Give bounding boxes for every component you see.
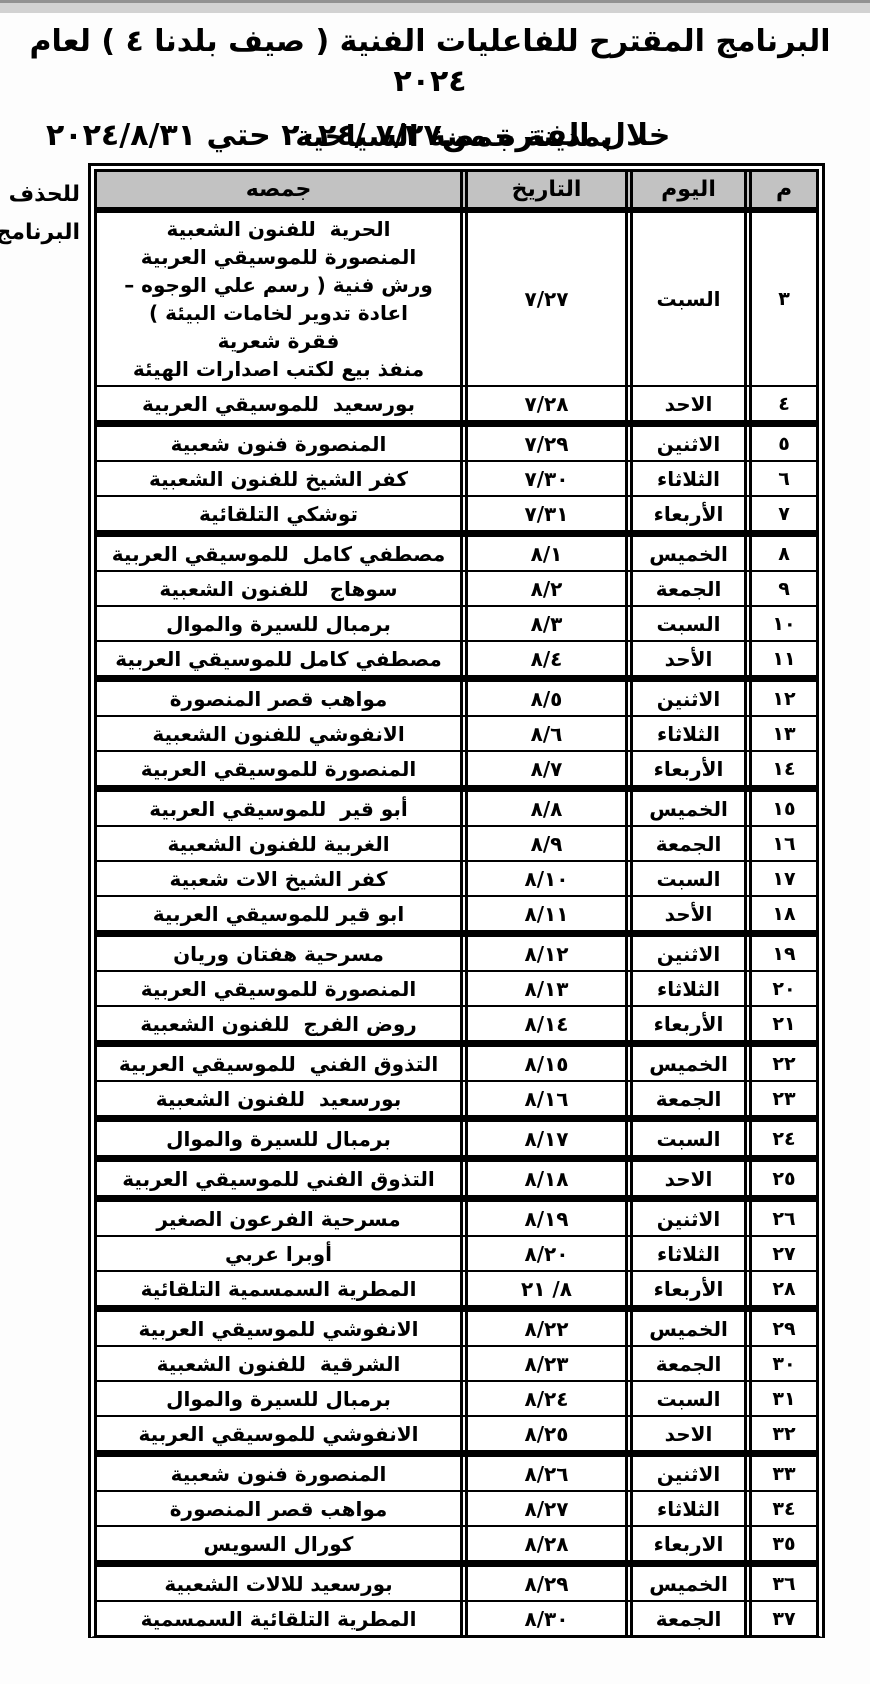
table-row: ٣٠الجمعة٨/٢٣الشرقية للفنون الشعبية [97, 1345, 816, 1380]
date-cell: ٨/٢٧ [460, 1492, 625, 1525]
date-cell: ٨/١١ [460, 897, 625, 930]
venue-cell: الانفوشي للموسيقي العربية [97, 1417, 460, 1450]
day-cell: الجمعة [625, 1602, 744, 1635]
row-number-cell: ٢٠ [744, 972, 816, 1005]
table-block: ٣السبت٧/٢٧الحرية للفنون الشعبية المنصورة… [97, 213, 816, 420]
day-cell: الاثنين [625, 1202, 744, 1235]
page-top-edge [0, 0, 870, 13]
document-page: { "colors": { "header_bg": "#c2c2c2", "b… [0, 0, 870, 1684]
date-cell: ٨/٥ [460, 682, 625, 715]
row-number-cell: ٢٣ [744, 1082, 816, 1115]
table-block: ٥الاثنين٧/٢٩المنصورة فنون شعبية٦الثلاثاء… [97, 420, 816, 530]
venue-cell: كفر الشيخ الات شعبية [97, 862, 460, 895]
venue-cell: مصطفي كامل للموسيقي العربية [97, 537, 460, 570]
venue-cell: ابو قير للموسيقي العربية [97, 897, 460, 930]
margin-note-line-1: للحذف وا [0, 176, 80, 214]
row-number-cell: ٢٥ [744, 1162, 816, 1195]
venue-cell: مصطفي كامل للموسيقي العربية [97, 642, 460, 675]
date-cell: ٨/١٦ [460, 1082, 625, 1115]
date-cell: ٨/١ [460, 537, 625, 570]
date-cell: ٨/١٩ [460, 1202, 625, 1235]
day-cell: الأربعاء [625, 497, 744, 530]
row-number-cell: ١٥ [744, 792, 816, 825]
day-cell: الاثنين [625, 682, 744, 715]
row-number-cell: ١١ [744, 642, 816, 675]
venue-cell: مسرحية الفرعون الصغير [97, 1202, 460, 1235]
date-cell: ٨/٧ [460, 752, 625, 785]
title-line-3: خلال الفترة من٧/٢٧ /٢٠٢٤ حتي ٢٠٢٤/٨/٣١ [46, 118, 670, 153]
row-number-cell: ٣٧ [744, 1602, 816, 1635]
header-cell-num: م [744, 172, 816, 207]
day-cell: الاثنين [625, 937, 744, 970]
row-number-cell: ٦ [744, 462, 816, 495]
table-row: ١٩الاثنين٨/١٢مسرحية هفتان وريان [97, 937, 816, 970]
row-number-cell: ٩ [744, 572, 816, 605]
row-number-cell: ٢٧ [744, 1237, 816, 1270]
table-block: ٢٥الاحد٨/١٨التذوق الفني للموسيقي العربية [97, 1155, 816, 1195]
date-cell: ٨/١٢ [460, 937, 625, 970]
day-cell: الأحد [625, 897, 744, 930]
table-block: ٣٦الخميس٨/٢٩بورسعيد للالات الشعبية٣٧الجم… [97, 1560, 816, 1635]
day-cell: السبت [625, 607, 744, 640]
table-row: ٢٦الاثنين٨/١٩مسرحية الفرعون الصغير [97, 1202, 816, 1235]
table-row: ٢٤السبت٨/١٧برمبال للسيرة والموال [97, 1122, 816, 1155]
venue-cell: سوهاج للفنون الشعبية [97, 572, 460, 605]
row-number-cell: ٢١ [744, 1007, 816, 1040]
venue-cell: الشرقية للفنون الشعبية [97, 1347, 460, 1380]
date-cell: ٨/٢٣ [460, 1347, 625, 1380]
header-cell-venue: جمصه [97, 172, 460, 207]
table-row: ٤الاحد٧/٢٨بورسعيد للموسيقي العربية [97, 385, 816, 420]
day-cell: الأربعاء [625, 1007, 744, 1040]
row-number-cell: ٨ [744, 537, 816, 570]
venue-cell: كورال السويس [97, 1527, 460, 1560]
table-row: ١٨الأحد٨/١١ابو قير للموسيقي العربية [97, 895, 816, 930]
table-block: ٢٢الخميس٨/١٥التذوق الفني للموسيقي العربي… [97, 1040, 816, 1115]
day-cell: الاحد [625, 1417, 744, 1450]
venue-cell: المنصورة فنون شعبية [97, 1457, 460, 1490]
date-cell: ٨/٩ [460, 827, 625, 860]
table-row: ٢٨الأربعاء٨/ ٢١المطرية السمسمية التلقائي… [97, 1270, 816, 1305]
row-number-cell: ٢٦ [744, 1202, 816, 1235]
date-cell: ٨/٢٨ [460, 1527, 625, 1560]
venue-cell: المطرية السمسمية التلقائية [97, 1272, 460, 1305]
table-block: ٢٤السبت٨/١٧برمبال للسيرة والموال [97, 1115, 816, 1155]
table-row: ١٧السبت٨/١٠كفر الشيخ الات شعبية [97, 860, 816, 895]
row-number-cell: ٣ [744, 213, 816, 385]
table-row: ١٦الجمعة٨/٩الغربية للفنون الشعبية [97, 825, 816, 860]
date-cell: ٨/٦ [460, 717, 625, 750]
table-block: ٢٦الاثنين٨/١٩مسرحية الفرعون الصغير٢٧الثل… [97, 1195, 816, 1305]
table-row: ٢٩الخميس٨/٢٢الانفوشي للموسيقي العربية [97, 1312, 816, 1345]
venue-cell: الحرية للفنون الشعبية المنصورة للموسيقي … [97, 213, 460, 385]
table-row: ٣٢الاحد٨/٢٥الانفوشي للموسيقي العربية [97, 1415, 816, 1450]
venue-cell: برمبال للسيرة والموال [97, 1122, 460, 1155]
table-row: ٣٣الاثنين٨/٢٦المنصورة فنون شعبية [97, 1457, 816, 1490]
table-row: ١٢الاثنين٨/٥مواهب قصر المنصورة [97, 682, 816, 715]
day-cell: الثلاثاء [625, 717, 744, 750]
table-row: ٢٣الجمعة٨/١٦بورسعيد للفنون الشعبية [97, 1080, 816, 1115]
row-number-cell: ٤ [744, 387, 816, 420]
day-cell: السبت [625, 1382, 744, 1415]
header-cell-date: التاريخ [460, 172, 625, 207]
day-cell: السبت [625, 862, 744, 895]
table-row: ٣١السبت٨/٢٤برمبال للسيرة والموال [97, 1380, 816, 1415]
table-row: ٧الأربعاء٧/٣١توشكي التلقائية [97, 495, 816, 530]
date-cell: ٧/٣١ [460, 497, 625, 530]
day-cell: الخميس [625, 537, 744, 570]
day-cell: الجمعة [625, 1347, 744, 1380]
margin-note-cutoff: للحذف وا البرنامج ا [0, 176, 80, 252]
venue-cell: بورسعيد للفنون الشعبية [97, 1082, 460, 1115]
table-row: ٢١الأربعاء٨/١٤روض الفرج للفنون الشعبية [97, 1005, 816, 1040]
date-cell: ٨/١٠ [460, 862, 625, 895]
venue-cell: مواهب قصر المنصورة [97, 682, 460, 715]
table-row: ٣٥الاربعاء٨/٢٨كورال السويس [97, 1525, 816, 1560]
row-number-cell: ١٠ [744, 607, 816, 640]
row-number-cell: ٢٢ [744, 1047, 816, 1080]
table-row: ١٠السبت٨/٣برمبال للسيرة والموال [97, 605, 816, 640]
day-cell: الأربعاء [625, 1272, 744, 1305]
day-cell: الأربعاء [625, 752, 744, 785]
row-number-cell: ٣٤ [744, 1492, 816, 1525]
row-number-cell: ١٨ [744, 897, 816, 930]
venue-cell: المطرية التلقائية السمسمية [97, 1602, 460, 1635]
date-cell: ٧/٢٩ [460, 427, 625, 460]
row-number-cell: ٣٦ [744, 1567, 816, 1600]
table-row: ٣٦الخميس٨/٢٩بورسعيد للالات الشعبية [97, 1567, 816, 1600]
table-header-row: م اليوم التاريخ جمصه [97, 172, 816, 213]
venue-cell: بورسعيد للموسيقي العربية [97, 387, 460, 420]
row-number-cell: ٣٥ [744, 1527, 816, 1560]
day-cell: الاثنين [625, 427, 744, 460]
row-number-cell: ٢٩ [744, 1312, 816, 1345]
date-cell: ٨/٢٥ [460, 1417, 625, 1450]
venue-cell: بورسعيد للالات الشعبية [97, 1567, 460, 1600]
day-cell: الجمعة [625, 827, 744, 860]
venue-cell: المنصورة فنون شعبية [97, 427, 460, 460]
venue-cell: التذوق الفني للموسيقي العربية [97, 1047, 460, 1080]
row-number-cell: ٣٣ [744, 1457, 816, 1490]
venue-cell: أوبرا عربي [97, 1237, 460, 1270]
date-cell: ٨/٢٦ [460, 1457, 625, 1490]
header-cell-day: اليوم [625, 172, 744, 207]
day-cell: الاحد [625, 1162, 744, 1195]
table-row: ١١الأحد٨/٤مصطفي كامل للموسيقي العربية [97, 640, 816, 675]
date-cell: ٨/١٤ [460, 1007, 625, 1040]
venue-cell: الانفوشي للفنون الشعبية [97, 717, 460, 750]
date-cell: ٨/٢٤ [460, 1382, 625, 1415]
table-block: ١٥الخميس٨/٨أبو قير للموسيقي العربية١٦الج… [97, 785, 816, 930]
date-cell: ٨/١٧ [460, 1122, 625, 1155]
day-cell: الأحد [625, 642, 744, 675]
date-cell: ٨/٢٢ [460, 1312, 625, 1345]
venue-cell: أبو قير للموسيقي العربية [97, 792, 460, 825]
table-row: ٣٧الجمعة٨/٣٠المطرية التلقائية السمسمية [97, 1600, 816, 1635]
row-number-cell: ٢٨ [744, 1272, 816, 1305]
venue-cell: برمبال للسيرة والموال [97, 1382, 460, 1415]
row-number-cell: ١٧ [744, 862, 816, 895]
table-block: ٣٣الاثنين٨/٢٦المنصورة فنون شعبية٣٤الثلاث… [97, 1450, 816, 1560]
table-row: ١٥الخميس٨/٨أبو قير للموسيقي العربية [97, 792, 816, 825]
venue-cell: التذوق الفني للموسيقي العربية [97, 1162, 460, 1195]
day-cell: الاثنين [625, 1457, 744, 1490]
venue-cell: كفر الشيخ للفنون الشعبية [97, 462, 460, 495]
date-cell: ٨/١٥ [460, 1047, 625, 1080]
venue-cell: روض الفرج للفنون الشعبية [97, 1007, 460, 1040]
table-row: ١٣الثلاثاء٨/٦الانفوشي للفنون الشعبية [97, 715, 816, 750]
date-cell: ٨/٣٠ [460, 1602, 625, 1635]
day-cell: السبت [625, 213, 744, 385]
row-number-cell: ١٦ [744, 827, 816, 860]
day-cell: الاربعاء [625, 1527, 744, 1560]
table-row: ٦الثلاثاء٧/٣٠كفر الشيخ للفنون الشعبية [97, 460, 816, 495]
venue-cell: الغربية للفنون الشعبية [97, 827, 460, 860]
day-cell: الجمعة [625, 1082, 744, 1115]
table-row: ١٤الأربعاء٨/٧المنصورة للموسيقي العربية [97, 750, 816, 785]
row-number-cell: ١٩ [744, 937, 816, 970]
date-cell: ٨/٢٠ [460, 1237, 625, 1270]
row-number-cell: ٥ [744, 427, 816, 460]
date-cell: ٧/٣٠ [460, 462, 625, 495]
table-row: ٨الخميس٨/١مصطفي كامل للموسيقي العربية [97, 537, 816, 570]
row-number-cell: ٢٤ [744, 1122, 816, 1155]
venue-cell: الانفوشي للموسيقي العربية [97, 1312, 460, 1345]
date-cell: ٨/٨ [460, 792, 625, 825]
date-cell: ٨/١٨ [460, 1162, 625, 1195]
row-number-cell: ٧ [744, 497, 816, 530]
day-cell: الثلاثاء [625, 972, 744, 1005]
table-row: ٢٢الخميس٨/١٥التذوق الفني للموسيقي العربي… [97, 1047, 816, 1080]
table-block: ١٢الاثنين٨/٥مواهب قصر المنصورة١٣الثلاثاء… [97, 675, 816, 785]
row-number-cell: ٣١ [744, 1382, 816, 1415]
venue-cell: مسرحية هفتان وريان [97, 937, 460, 970]
date-cell: ٨/٢ [460, 572, 625, 605]
venue-cell: مواهب قصر المنصورة [97, 1492, 460, 1525]
venue-cell: المنصورة للموسيقي العربية [97, 972, 460, 1005]
date-cell: ٧/٢٧ [460, 213, 625, 385]
day-cell: الثلاثاء [625, 1492, 744, 1525]
table-row: ٢٠الثلاثاء٨/١٣المنصورة للموسيقي العربية [97, 970, 816, 1005]
day-cell: الخميس [625, 1567, 744, 1600]
table-row: ٣٤الثلاثاء٨/٢٧مواهب قصر المنصورة [97, 1490, 816, 1525]
date-cell: ٨/٤ [460, 642, 625, 675]
day-cell: الثلاثاء [625, 462, 744, 495]
table-row: ٢٧الثلاثاء٨/٢٠أوبرا عربي [97, 1235, 816, 1270]
day-cell: الخميس [625, 1312, 744, 1345]
table-row: ٢٥الاحد٨/١٨التذوق الفني للموسيقي العربية [97, 1162, 816, 1195]
venue-cell: توشكي التلقائية [97, 497, 460, 530]
table-row: ٥الاثنين٧/٢٩المنصورة فنون شعبية [97, 427, 816, 460]
schedule-table: م اليوم التاريخ جمصه ٣السبت٧/٢٧الحرية لل… [88, 163, 825, 1638]
table-row: ٩الجمعة٨/٢سوهاج للفنون الشعبية [97, 570, 816, 605]
day-cell: الجمعة [625, 572, 744, 605]
date-cell: ٨/ ٢١ [460, 1272, 625, 1305]
margin-note-line-2: البرنامج ا [0, 214, 80, 252]
day-cell: السبت [625, 1122, 744, 1155]
title-line-1: البرنامج المقترح للفاعليات الفنية ( صيف … [0, 22, 870, 102]
row-number-cell: ٣٢ [744, 1417, 816, 1450]
table-row: ٣السبت٧/٢٧الحرية للفنون الشعبية المنصورة… [97, 213, 816, 385]
day-cell: الخميس [625, 792, 744, 825]
venue-cell: المنصورة للموسيقي العربية [97, 752, 460, 785]
date-cell: ٨/١٣ [460, 972, 625, 1005]
table-block: ٨الخميس٨/١مصطفي كامل للموسيقي العربية٩ال… [97, 530, 816, 675]
venue-cell: برمبال للسيرة والموال [97, 607, 460, 640]
date-cell: ٨/٣ [460, 607, 625, 640]
table-block: ١٩الاثنين٨/١٢مسرحية هفتان وريان٢٠الثلاثا… [97, 930, 816, 1040]
day-cell: الثلاثاء [625, 1237, 744, 1270]
table-blocks: ٣السبت٧/٢٧الحرية للفنون الشعبية المنصورة… [97, 213, 816, 1635]
row-number-cell: ١٤ [744, 752, 816, 785]
day-cell: الاحد [625, 387, 744, 420]
date-cell: ٧/٢٨ [460, 387, 625, 420]
row-number-cell: ١٢ [744, 682, 816, 715]
table-block: ٢٩الخميس٨/٢٢الانفوشي للموسيقي العربية٣٠ا… [97, 1305, 816, 1450]
row-number-cell: ١٣ [744, 717, 816, 750]
day-cell: الخميس [625, 1047, 744, 1080]
date-cell: ٨/٢٩ [460, 1567, 625, 1600]
row-number-cell: ٣٠ [744, 1347, 816, 1380]
